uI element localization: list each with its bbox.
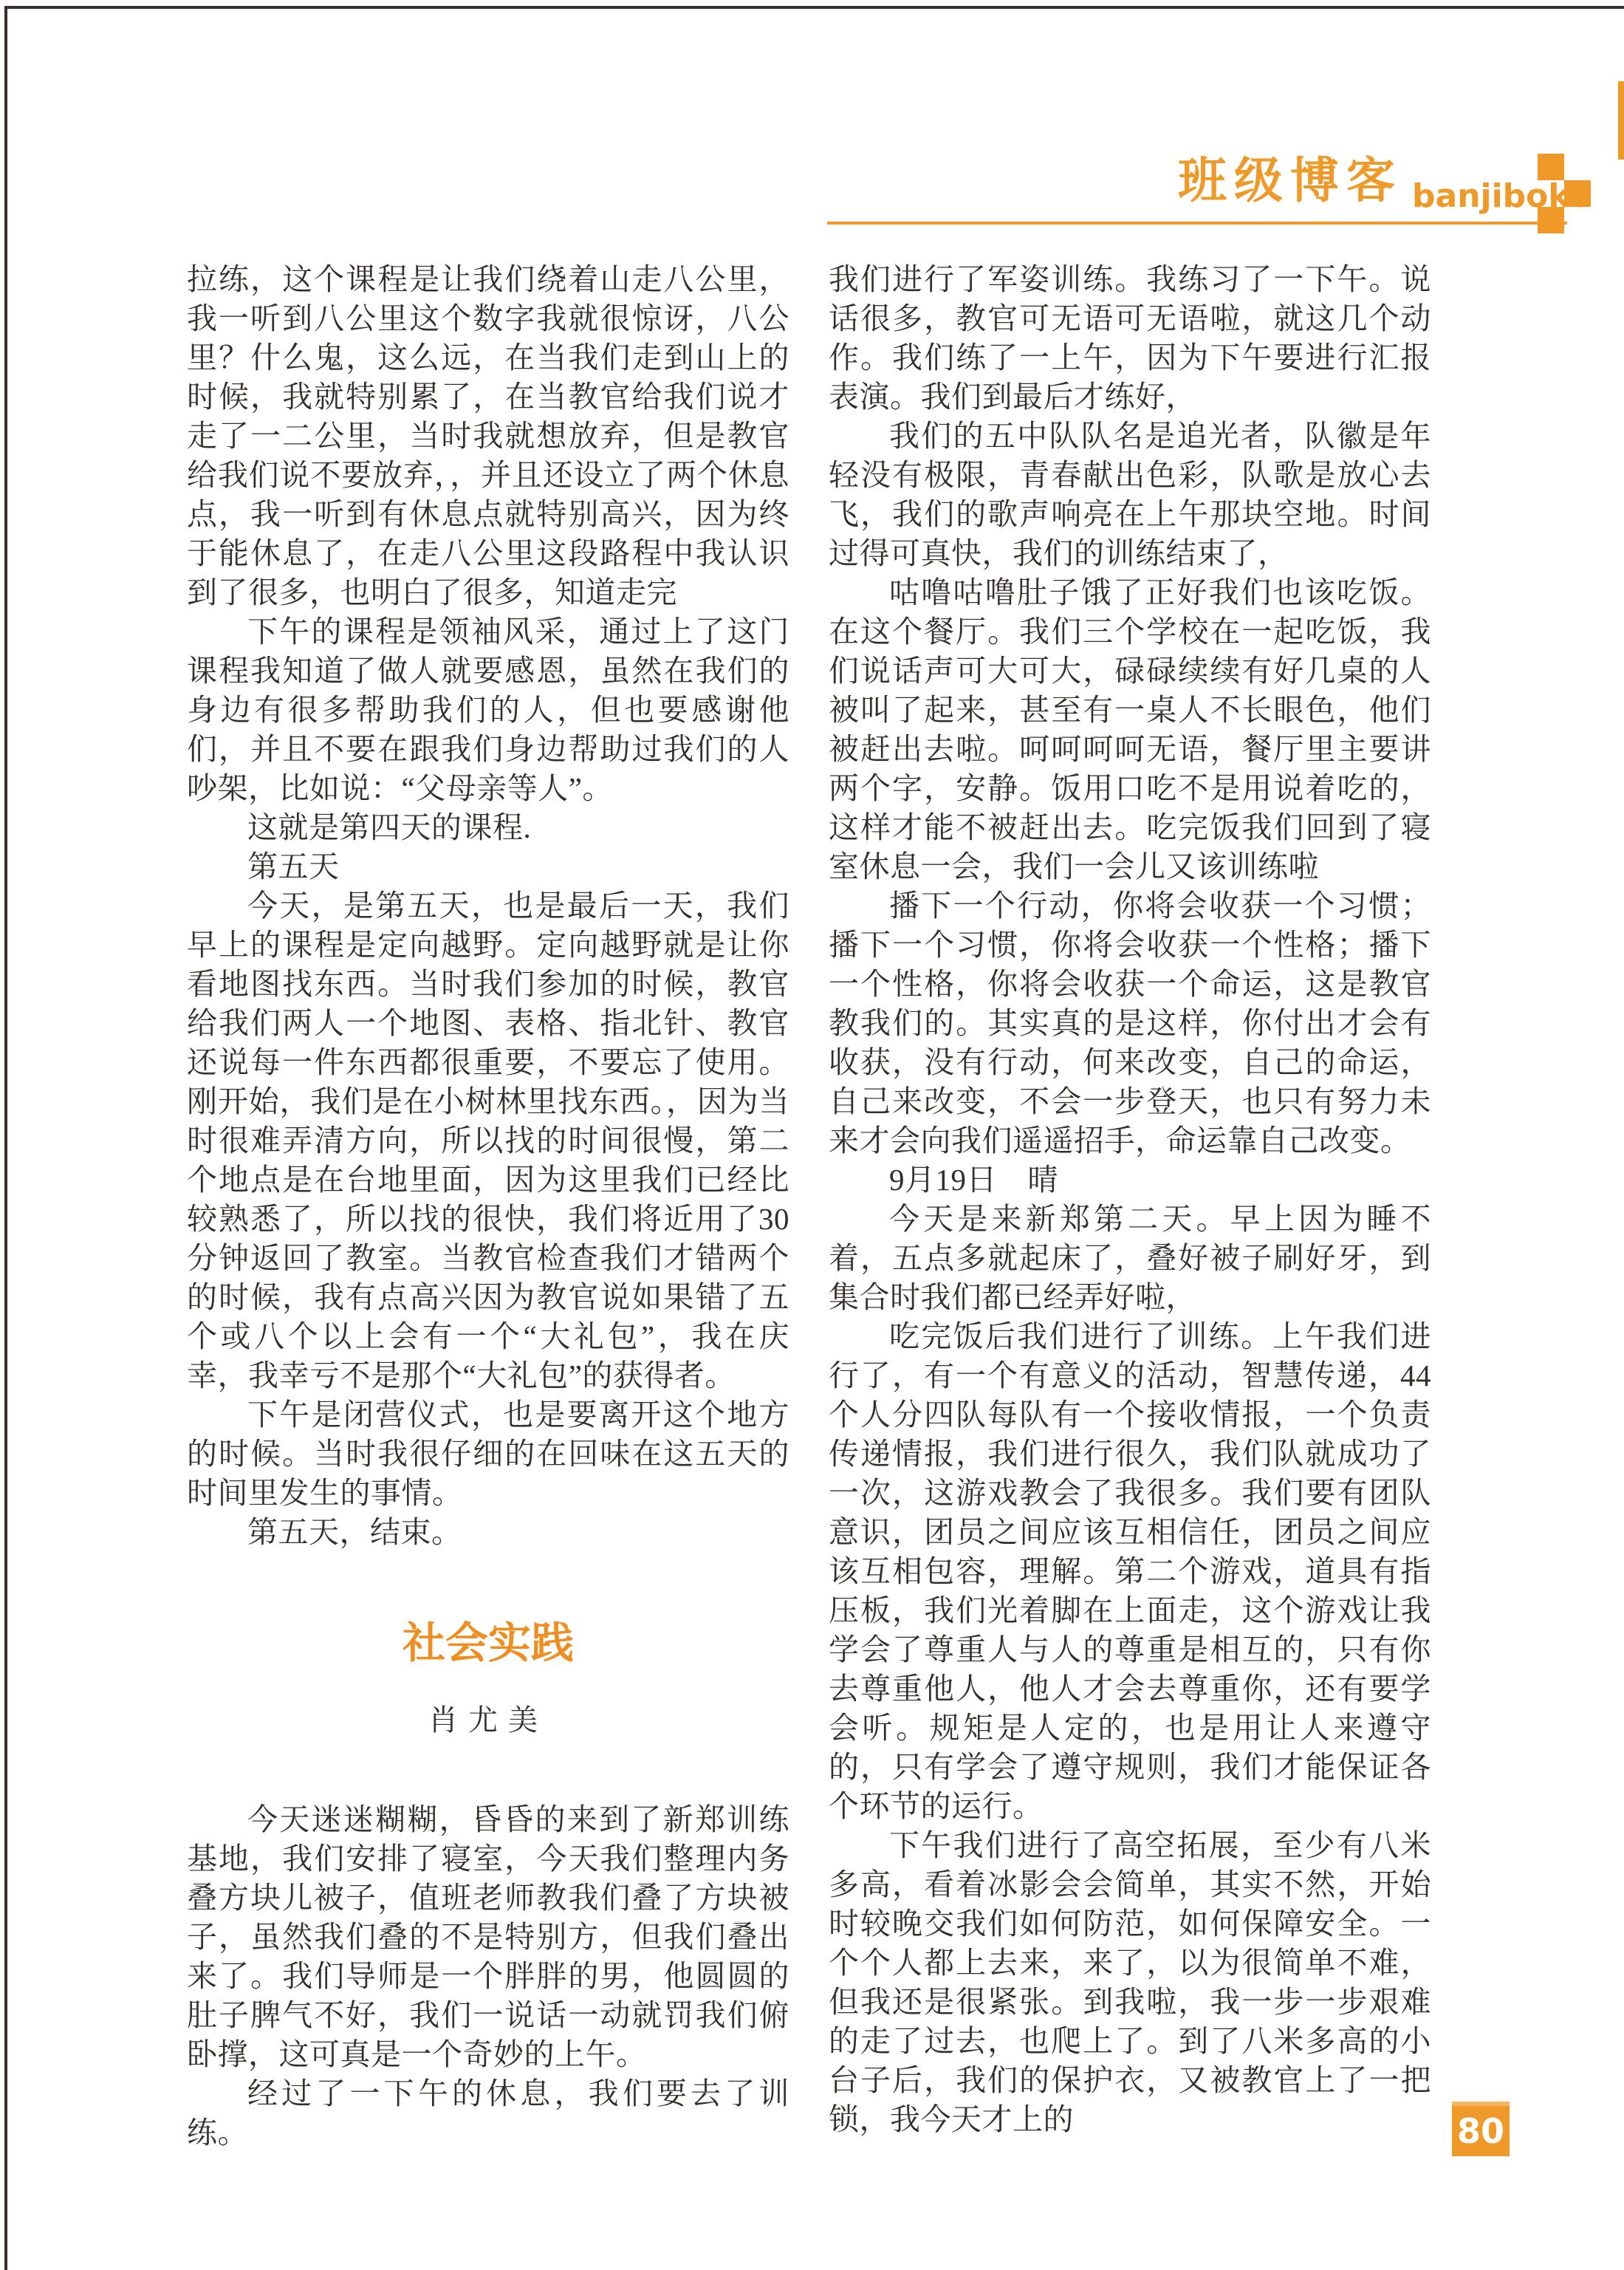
article2-author: 肖尤美 — [187, 1703, 789, 1738]
paragraph: 下午的课程是领袖风采，通过上了这门课程我知道了做人就要感恩，虽然在我们的身边有很… — [187, 612, 789, 808]
right-column-body: 我们进行了军姿训练。我练习了一下午。说话很多，教官可无语可无语啦，就这几个动作。… — [829, 260, 1431, 2139]
magazine-page: 班级博客 banjiboke 拉练，这个课程是让我们绕着山走八公里，我一听到八公… — [0, 0, 1624, 2270]
paragraph: 吃完饭后我们进行了训练。上午我们进行了，有一个有意义的活动，智慧传递，44个人分… — [829, 1317, 1431, 1826]
paragraph: 第五天，结束。 — [187, 1513, 789, 1552]
header-decor-square-icon — [1538, 154, 1564, 180]
header-decor-square-icon — [1538, 207, 1564, 233]
paragraph: 下午我们进行了高空拓展，至少有八米多高，看着冰影会会简单，其实不然，开始时较晚交… — [829, 1826, 1431, 2139]
paragraph: 这就是第四天的课程. — [187, 808, 789, 847]
paragraph: 今天迷迷糊糊，昏昏的来到了新郑训练基地，我们安排了寝室，今天我们整理内务叠方块儿… — [187, 1800, 789, 2074]
paragraph: 咕噜咕噜肚子饿了正好我们也该吃饭。在这个餐厅。我们三个学校在一起吃饭，我们说话声… — [829, 573, 1431, 886]
page-number-badge: 80 — [1452, 2102, 1510, 2156]
paragraph: 拉练，这个课程是让我们绕着山走八公里，我一听到八公里这个数字我就很惊讶，八公里？… — [187, 260, 789, 612]
paragraph: 第五天 — [187, 847, 789, 886]
left-column: 拉练，这个课程是让我们绕着山走八公里，我一听到八公里这个数字我就很惊讶，八公里？… — [187, 260, 789, 2153]
header-underline — [827, 222, 1567, 225]
paragraph: 下午是闭营仪式，也是要离开这个地方的时候。当时我很仔细的在回味在这五天的时间里发… — [187, 1395, 789, 1513]
article2-title: 社会实践 — [187, 1620, 789, 1667]
page-frame-top-border — [4, 6, 1624, 9]
paragraph: 播下一个行动，你将会收获一个习惯；播下一个习惯，你将会收获一个性格；播下一个性格… — [829, 886, 1431, 1160]
page-frame-left-border — [4, 6, 7, 2270]
article1-body: 拉练，这个课程是让我们绕着山走八公里，我一听到八公里这个数字我就很惊讶，八公里？… — [187, 260, 789, 1552]
right-column: 我们进行了军姿训练。我练习了一下午。说话很多，教官可无语可无语啦，就这几个动作。… — [829, 260, 1431, 2139]
header-decor-square-icon — [1564, 180, 1591, 207]
page-header-title: 班级博客 — [1178, 157, 1402, 205]
paragraph: 我们进行了军姿训练。我练习了一下午。说话很多，教官可无语可无语啦，就这几个动作。… — [829, 260, 1431, 417]
paragraph: 我们的五中队队名是追光者，队徽是年轻没有极限，青春献出色彩，队歌是放心去飞，我们… — [829, 417, 1431, 573]
paragraph: 经过了一下午的休息，我们要去了训练。 — [187, 2074, 789, 2153]
page-edge-accent-bar — [1618, 81, 1624, 160]
paragraph: 今天是来新郑第二天。早上因为睡不着，五点多就起床了，叠好被子刷好牙，到集合时我们… — [829, 1200, 1431, 1317]
paragraph: 9月19日 晴 — [829, 1160, 1431, 1200]
paragraph: 今天，是第五天，也是最后一天，我们早上的课程是定向越野。定向越野就是让你看地图找… — [187, 886, 789, 1395]
article2-body: 今天迷迷糊糊，昏昏的来到了新郑训练基地，我们安排了寝室，今天我们整理内务叠方块儿… — [187, 1800, 789, 2153]
